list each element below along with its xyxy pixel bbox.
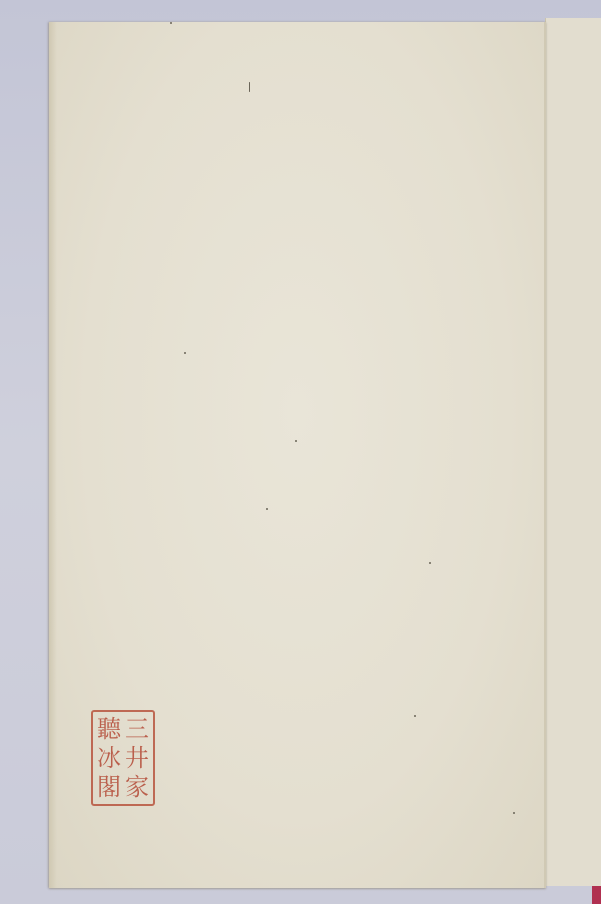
- red-marker-tab: [592, 886, 601, 904]
- facing-page-edge: [545, 18, 601, 886]
- seal-character: 井: [123, 743, 151, 772]
- paper-speck: [249, 82, 250, 92]
- paper-speck: [429, 562, 431, 564]
- paper-speck: [266, 508, 268, 510]
- paper-speck: [170, 22, 172, 24]
- seal-character: 家: [123, 773, 151, 802]
- seal-character: 冰: [95, 743, 123, 772]
- seal-character: 三: [123, 714, 151, 743]
- red-collector-seal: 三 井 家 聽 冰 閣: [91, 710, 155, 806]
- seal-character: 聽: [95, 714, 123, 743]
- paper-speck: [295, 440, 297, 442]
- page-left-edge: [49, 22, 57, 888]
- page-fold-line: [544, 22, 546, 888]
- book-page: 三 井 家 聽 冰 閣: [49, 22, 546, 888]
- paper-speck: [513, 812, 515, 814]
- paper-speck: [414, 715, 416, 717]
- paper-speck: [184, 352, 186, 354]
- seal-character: 閣: [95, 773, 123, 802]
